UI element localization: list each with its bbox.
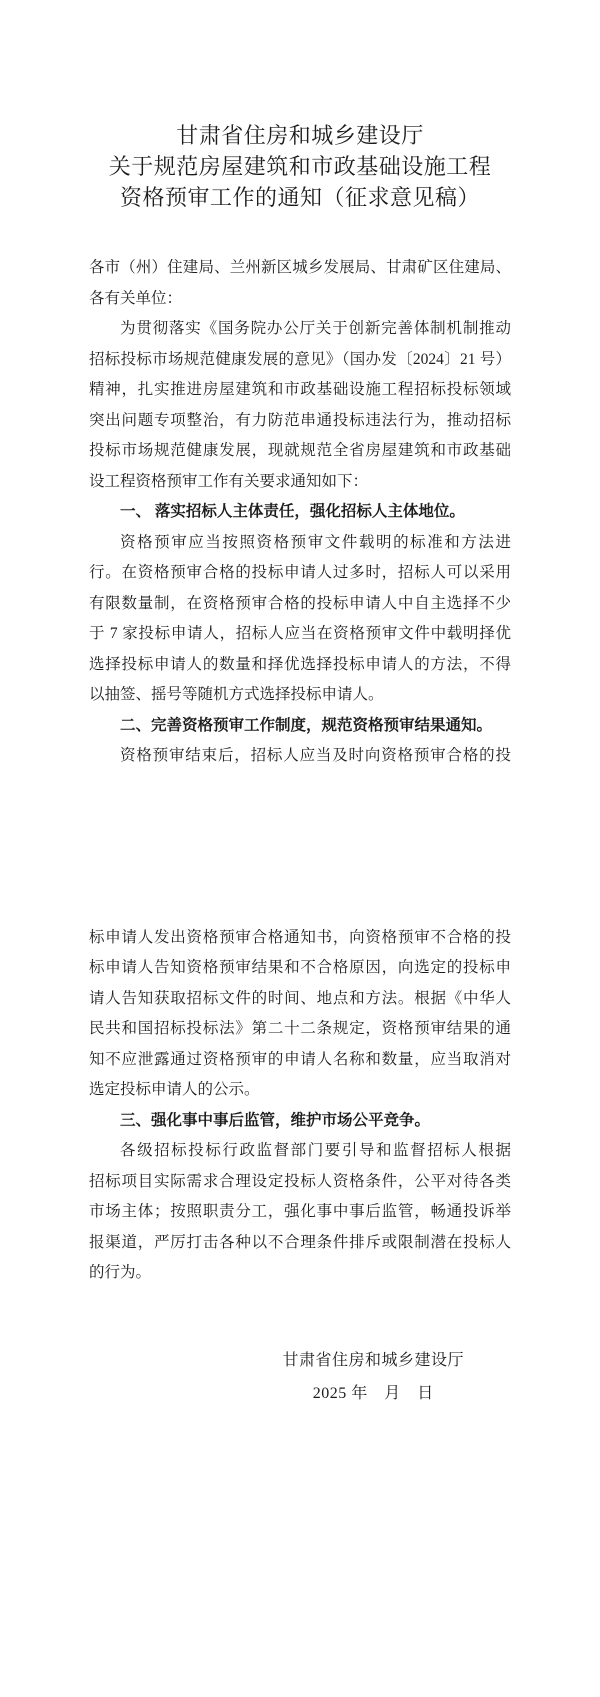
section-heading-3: 三、强化事中事后监管，维护市场公平竞争。 xyxy=(89,1106,511,1137)
document-line: 报渠道，严厉打击各种以不合理条件排斥或限制潜在投标人 xyxy=(89,1228,511,1259)
page-break-gap xyxy=(0,772,600,923)
document-title-line-1: 甘肃省住房和城乡建设厅 xyxy=(0,120,600,151)
document-line: 选定投标申请人的公示。 xyxy=(89,1075,511,1106)
signature-block: 甘肃省住房和城乡建设厅 2025 年 月 日 xyxy=(282,1344,464,1410)
signature-date: 2025 年 月 日 xyxy=(282,1377,464,1410)
document-line: 突出问题专项整治，有力防范串通投标违法行为，推动招标 xyxy=(89,406,511,437)
document-line: 精神，扎实推进房屋建筑和市政基础设施工程招标投标领域 xyxy=(89,375,511,406)
document-title-line-2: 关于规范房屋建筑和市政基础设施工程 xyxy=(0,151,600,182)
document-body-page1: 各市（州）住建局、兰州新区城乡发展局、甘肃矿区住建局、 各有关单位： 为贯彻落实… xyxy=(89,253,511,772)
document-line: 各级招标投标行政监督部门要引导和监督招标人根据 xyxy=(89,1136,511,1167)
addressee-line: 各有关单位： xyxy=(89,284,511,315)
document-line: 为贯彻落实《国务院办公厅关于创新完善体制机制推动 xyxy=(89,314,511,345)
document-line: 有限数量制，在资格预审合格的投标申请人中自主选择不少 xyxy=(89,589,511,620)
document-line: 标申请人发出资格预审合格通知书，向资格预审不合格的投 xyxy=(89,923,511,954)
document-line: 请人告知获取招标文件的时间、地点和方法。根据《中华人 xyxy=(89,984,511,1015)
document-line: 行。在资格预审合格的投标申请人过多时，招标人可以采用 xyxy=(89,558,511,589)
document-body-page2: 标申请人发出资格预审合格通知书，向资格预审不合格的投 标申请人告知资格预审结果和… xyxy=(89,923,511,1289)
document-line: 招标投标市场规范健康发展的意见》（国办发〔2024〕21 号） xyxy=(89,345,511,376)
document-line: 设工程资格预审工作有关要求通知如下： xyxy=(89,467,511,498)
signature-org: 甘肃省住房和城乡建设厅 xyxy=(282,1344,464,1377)
section-heading-1: 一、 落实招标人主体责任，强化招标人主体地位。 xyxy=(89,497,511,528)
document-line: 于 7 家投标申请人，招标人应当在资格预审文件中载明择优 xyxy=(89,619,511,650)
document-line: 民共和国招标投标法》第二十二条规定，资格预审结果的通 xyxy=(89,1014,511,1045)
document-line: 知不应泄露通过资格预审的申请人名称和数量，应当取消对 xyxy=(89,1045,511,1076)
section-heading-2: 二、完善资格预审工作制度，规范资格预审结果通知。 xyxy=(89,711,511,742)
document-line: 的行为。 xyxy=(89,1258,511,1289)
document-line: 标申请人告知资格预审结果和不合格原因，向选定的投标申 xyxy=(89,953,511,984)
document-line: 投标市场规范健康发展，现就规范全省房屋建筑和市政基础 xyxy=(89,436,511,467)
document-line: 资格预审结束后，招标人应当及时向资格预审合格的投 xyxy=(89,741,511,772)
document-line: 选择投标申请人的数量和择优选择投标申请人的方法，不得 xyxy=(89,650,511,681)
document-line: 招标项目实际需求合理设定投标人资格条件，公平对待各类 xyxy=(89,1167,511,1198)
document-line: 以抽签、摇号等随机方式选择投标申请人。 xyxy=(89,680,511,711)
document-title-line-3: 资格预审工作的通知（征求意见稿） xyxy=(0,182,600,213)
document-line: 资格预审应当按照资格预审文件载明的标准和方法进 xyxy=(89,528,511,559)
document-title: 甘肃省住房和城乡建设厅 关于规范房屋建筑和市政基础设施工程 资格预审工作的通知（… xyxy=(0,0,600,213)
document-page: 甘肃省住房和城乡建设厅 关于规范房屋建筑和市政基础设施工程 资格预审工作的通知（… xyxy=(0,0,600,1697)
document-line: 市场主体；按照职责分工，强化事中事后监管，畅通投诉举 xyxy=(89,1197,511,1228)
addressee-line: 各市（州）住建局、兰州新区城乡发展局、甘肃矿区住建局、 xyxy=(89,253,511,284)
